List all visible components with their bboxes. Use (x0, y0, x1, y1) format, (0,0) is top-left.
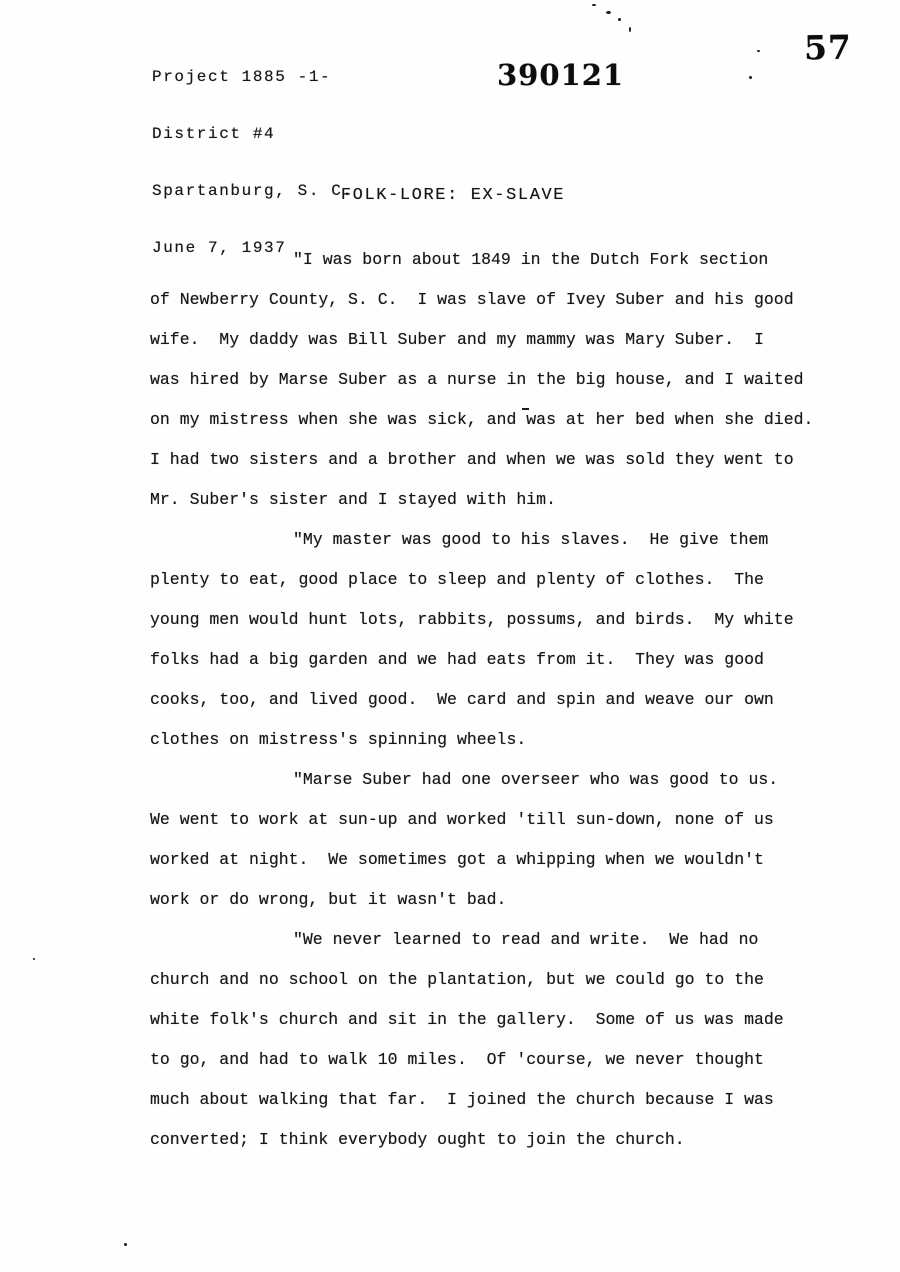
text-line: "I was born about 1849 in the Dutch Fork… (150, 240, 850, 280)
scan-speck (124, 1243, 127, 1246)
scan-speck (629, 27, 631, 32)
scan-speck (749, 76, 752, 79)
text-line: clothes on mistress's spinning wheels. (150, 720, 850, 760)
text-line: was hired by Marse Suber as a nurse in t… (150, 360, 850, 400)
project-line: Project 1885 -1- (152, 68, 354, 87)
text-line: on my mistress when she was sick, and wa… (150, 400, 850, 440)
district-line: District #4 (152, 125, 354, 144)
scan-speck (33, 958, 35, 960)
text-line: young men would hunt lots, rabbits, poss… (150, 600, 850, 640)
page-number: 57 (804, 28, 853, 68)
paragraph-3: "Marse Suber had one overseer who was go… (150, 760, 850, 920)
text-line: "We never learned to read and write. We … (150, 920, 850, 960)
document-page: Project 1885 -1- District #4 Spartanburg… (0, 0, 900, 1272)
scan-speck (522, 408, 529, 410)
text-line: I had two sisters and a brother and when… (150, 440, 850, 480)
text-line: church and no school on the plantation, … (150, 960, 850, 1000)
text-line: converted; I think everybody ought to jo… (150, 1120, 850, 1160)
text-line: worked at night. We sometimes got a whip… (150, 840, 850, 880)
text-line: of Newberry County, S. C. I was slave of… (150, 280, 850, 320)
scan-speck (757, 50, 760, 52)
serial-number-stamp: 390121 (497, 58, 624, 92)
text-line: We went to work at sun-up and worked 'ti… (150, 800, 850, 840)
paragraph-2: "My master was good to his slaves. He gi… (150, 520, 850, 760)
document-body: "I was born about 1849 in the Dutch Fork… (150, 240, 850, 1160)
text-line: folks had a big garden and we had eats f… (150, 640, 850, 680)
text-line: wife. My daddy was Bill Suber and my mam… (150, 320, 850, 360)
text-line: Mr. Suber's sister and I stayed with him… (150, 480, 850, 520)
document-title: FOLK-LORE: EX-SLAVE (0, 186, 900, 205)
scan-speck (592, 4, 596, 6)
text-line: white folk's church and sit in the galle… (150, 1000, 850, 1040)
text-line: "Marse Suber had one overseer who was go… (150, 760, 850, 800)
text-line: much about walking that far. I joined th… (150, 1080, 850, 1120)
text-line: "My master was good to his slaves. He gi… (150, 520, 850, 560)
paragraph-1: "I was born about 1849 in the Dutch Fork… (150, 240, 850, 520)
text-line: cooks, too, and lived good. We card and … (150, 680, 850, 720)
scan-speck (606, 11, 611, 14)
text-line: work or do wrong, but it wasn't bad. (150, 880, 850, 920)
text-line: to go, and had to walk 10 miles. Of 'cou… (150, 1040, 850, 1080)
scan-speck (618, 18, 621, 21)
paragraph-4: "We never learned to read and write. We … (150, 920, 850, 1160)
text-line: plenty to eat, good place to sleep and p… (150, 560, 850, 600)
